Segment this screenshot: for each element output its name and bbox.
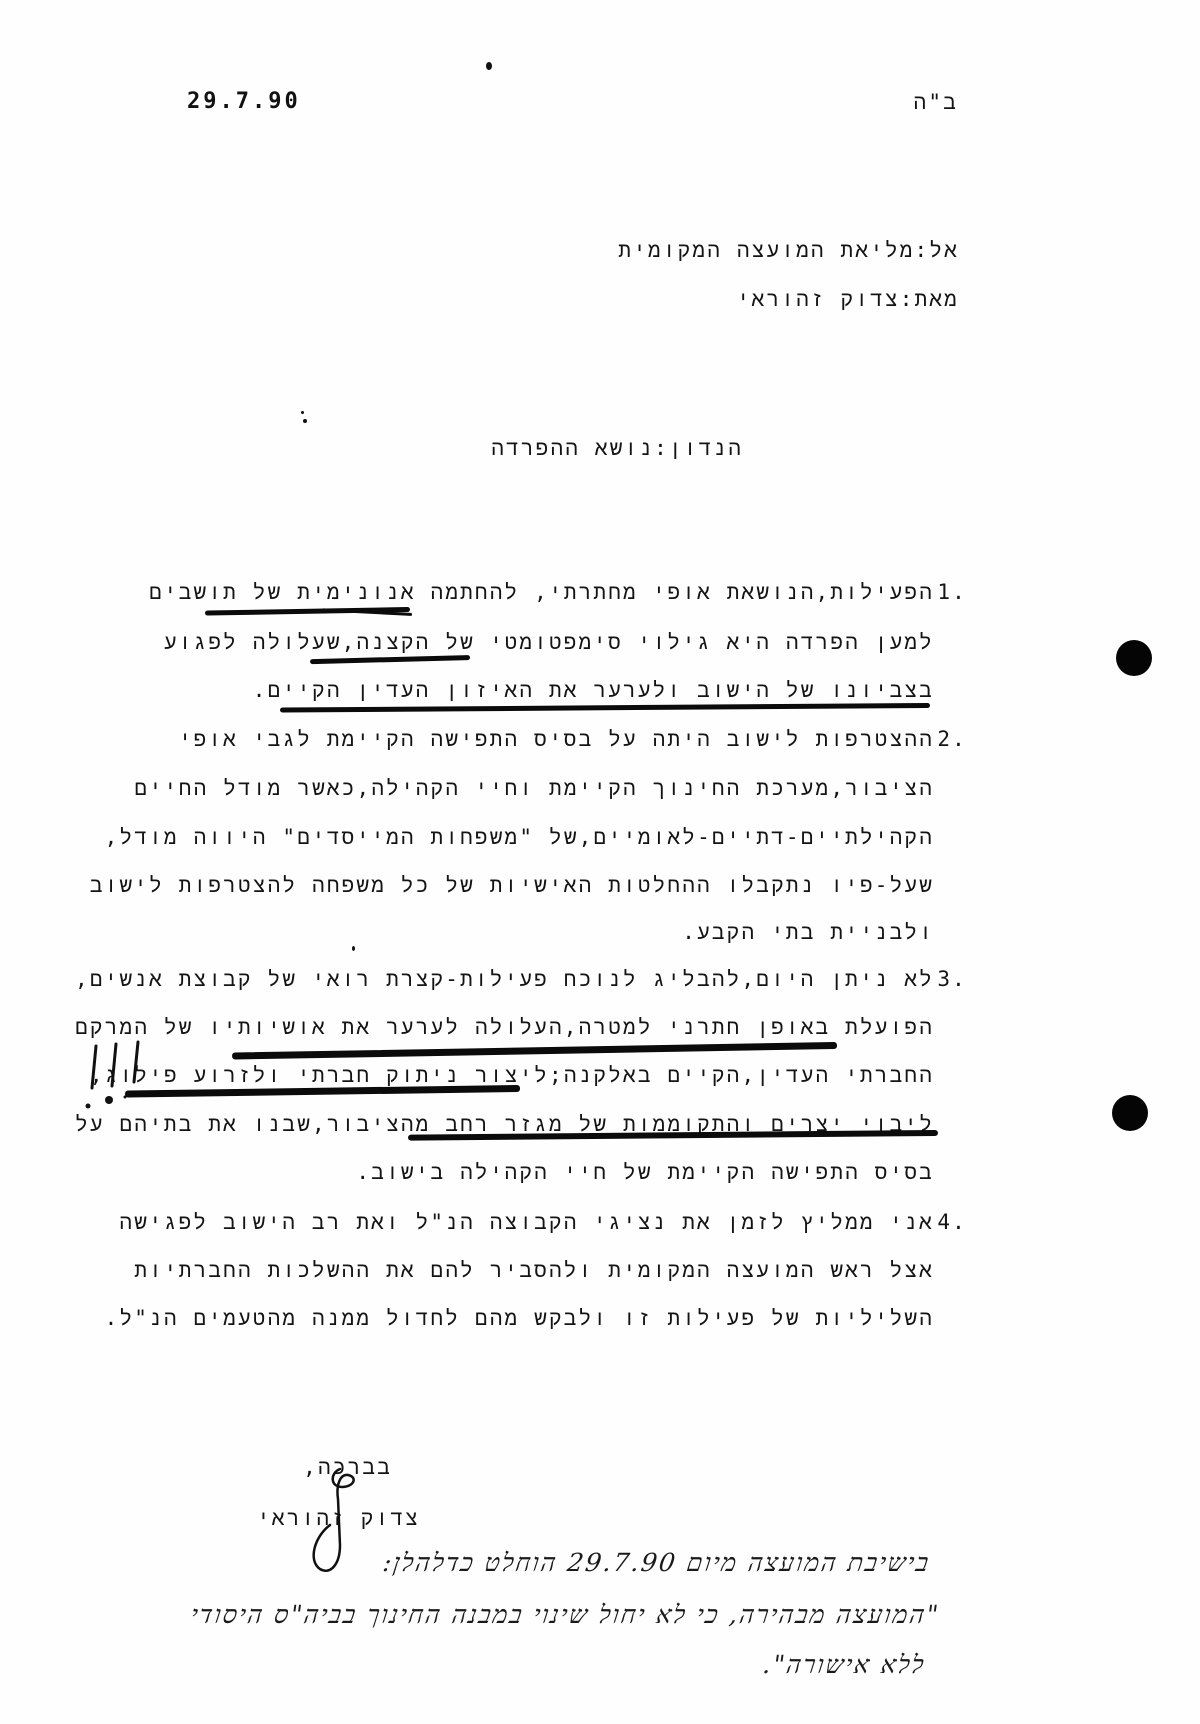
scan-speck <box>303 419 307 423</box>
paragraph-line: אני ממליץ לזמן את נציגי הקבוצה הנ"ל ואת … <box>119 1210 934 1236</box>
paragraph-line: השליליות של פעילות זו ולבקש מהם לחדול ממ… <box>105 1306 934 1332</box>
margin-exclamation-marks <box>82 1040 152 1115</box>
sender-line: מאת:צדוק זהוראי <box>737 287 959 313</box>
scanned-letter-page: ב"ה 29.7.90 אל:מליאת המועצה המקומית מאת:… <box>0 0 1200 1724</box>
handwritten-underline <box>232 1042 837 1060</box>
binder-hole-top <box>1116 640 1152 676</box>
paragraph-line: אצל ראש המועצה המקומית ולהסביר להם את הה… <box>134 1258 934 1284</box>
paragraph-line: הקהילתיים-דתיים-לאומיים,של "משפחות המייס… <box>105 825 934 851</box>
bsd-mark: ב"ה <box>914 90 958 116</box>
paragraph-line: שעל-פיו נתקבלו ההחלטות האישיות של כל משפ… <box>90 873 934 899</box>
handwritten-signature <box>300 1465 380 1585</box>
paragraph-number: 3. <box>937 967 967 991</box>
paragraph-number: 2. <box>937 727 967 751</box>
paragraph-line: הציבור,מערכת החינוך הקיימת וחיי הקהילה,כ… <box>134 776 934 802</box>
paragraph-line: הפועלת באופן חתרני למטרה,העלולה לערער את… <box>75 1015 934 1041</box>
paragraph-line: למען הפרדה היא גילוי סימפטומטי של הקצנה,… <box>164 630 934 656</box>
scan-speck <box>301 411 304 414</box>
binder-hole-bottom <box>1112 1095 1148 1131</box>
paragraph-line: בצביונו של הישוב ולערער את האיזון העדין … <box>253 678 934 704</box>
scan-speck <box>486 62 492 70</box>
paragraph-number: 1. <box>937 580 967 604</box>
paragraph-line: ולבניית בתי הקבע. <box>682 920 934 946</box>
paragraph-number: 4. <box>937 1210 967 1234</box>
paragraph-line: ההצטרפות לישוב היתה על בסיס התפישה הקיימ… <box>179 727 934 753</box>
handwritten-underline <box>310 655 470 664</box>
paragraph-line: בסיס התפישה הקיימת של חיי הקהילה בישוב. <box>356 1160 934 1186</box>
scan-speck <box>352 946 355 951</box>
handwritten-note-line-1: בישיבת המועצה מיום 29.7.90 הוחלט כדלהלן: <box>381 1548 932 1578</box>
handwritten-underline <box>280 703 930 713</box>
paragraph-line: לא ניתן היום,להבליג לנוכח פעילות-קצרת רו… <box>75 967 934 993</box>
recipient-line: אל:מליאת המועצה המקומית <box>618 238 959 264</box>
handwritten-note-line-2: "המועצה מבהירה, כי לא יחול שינוי במבנה ה… <box>189 1600 942 1630</box>
paragraph-line: הפעילות,הנושאת אופי מחתרתי, להחתמה אנוני… <box>149 580 934 606</box>
letter-date: 29.7.90 <box>187 89 301 114</box>
handwritten-note-line-3: ללא אישורה". <box>761 1650 928 1680</box>
subject-line: הנדון:נושא ההפרדה <box>491 436 743 462</box>
